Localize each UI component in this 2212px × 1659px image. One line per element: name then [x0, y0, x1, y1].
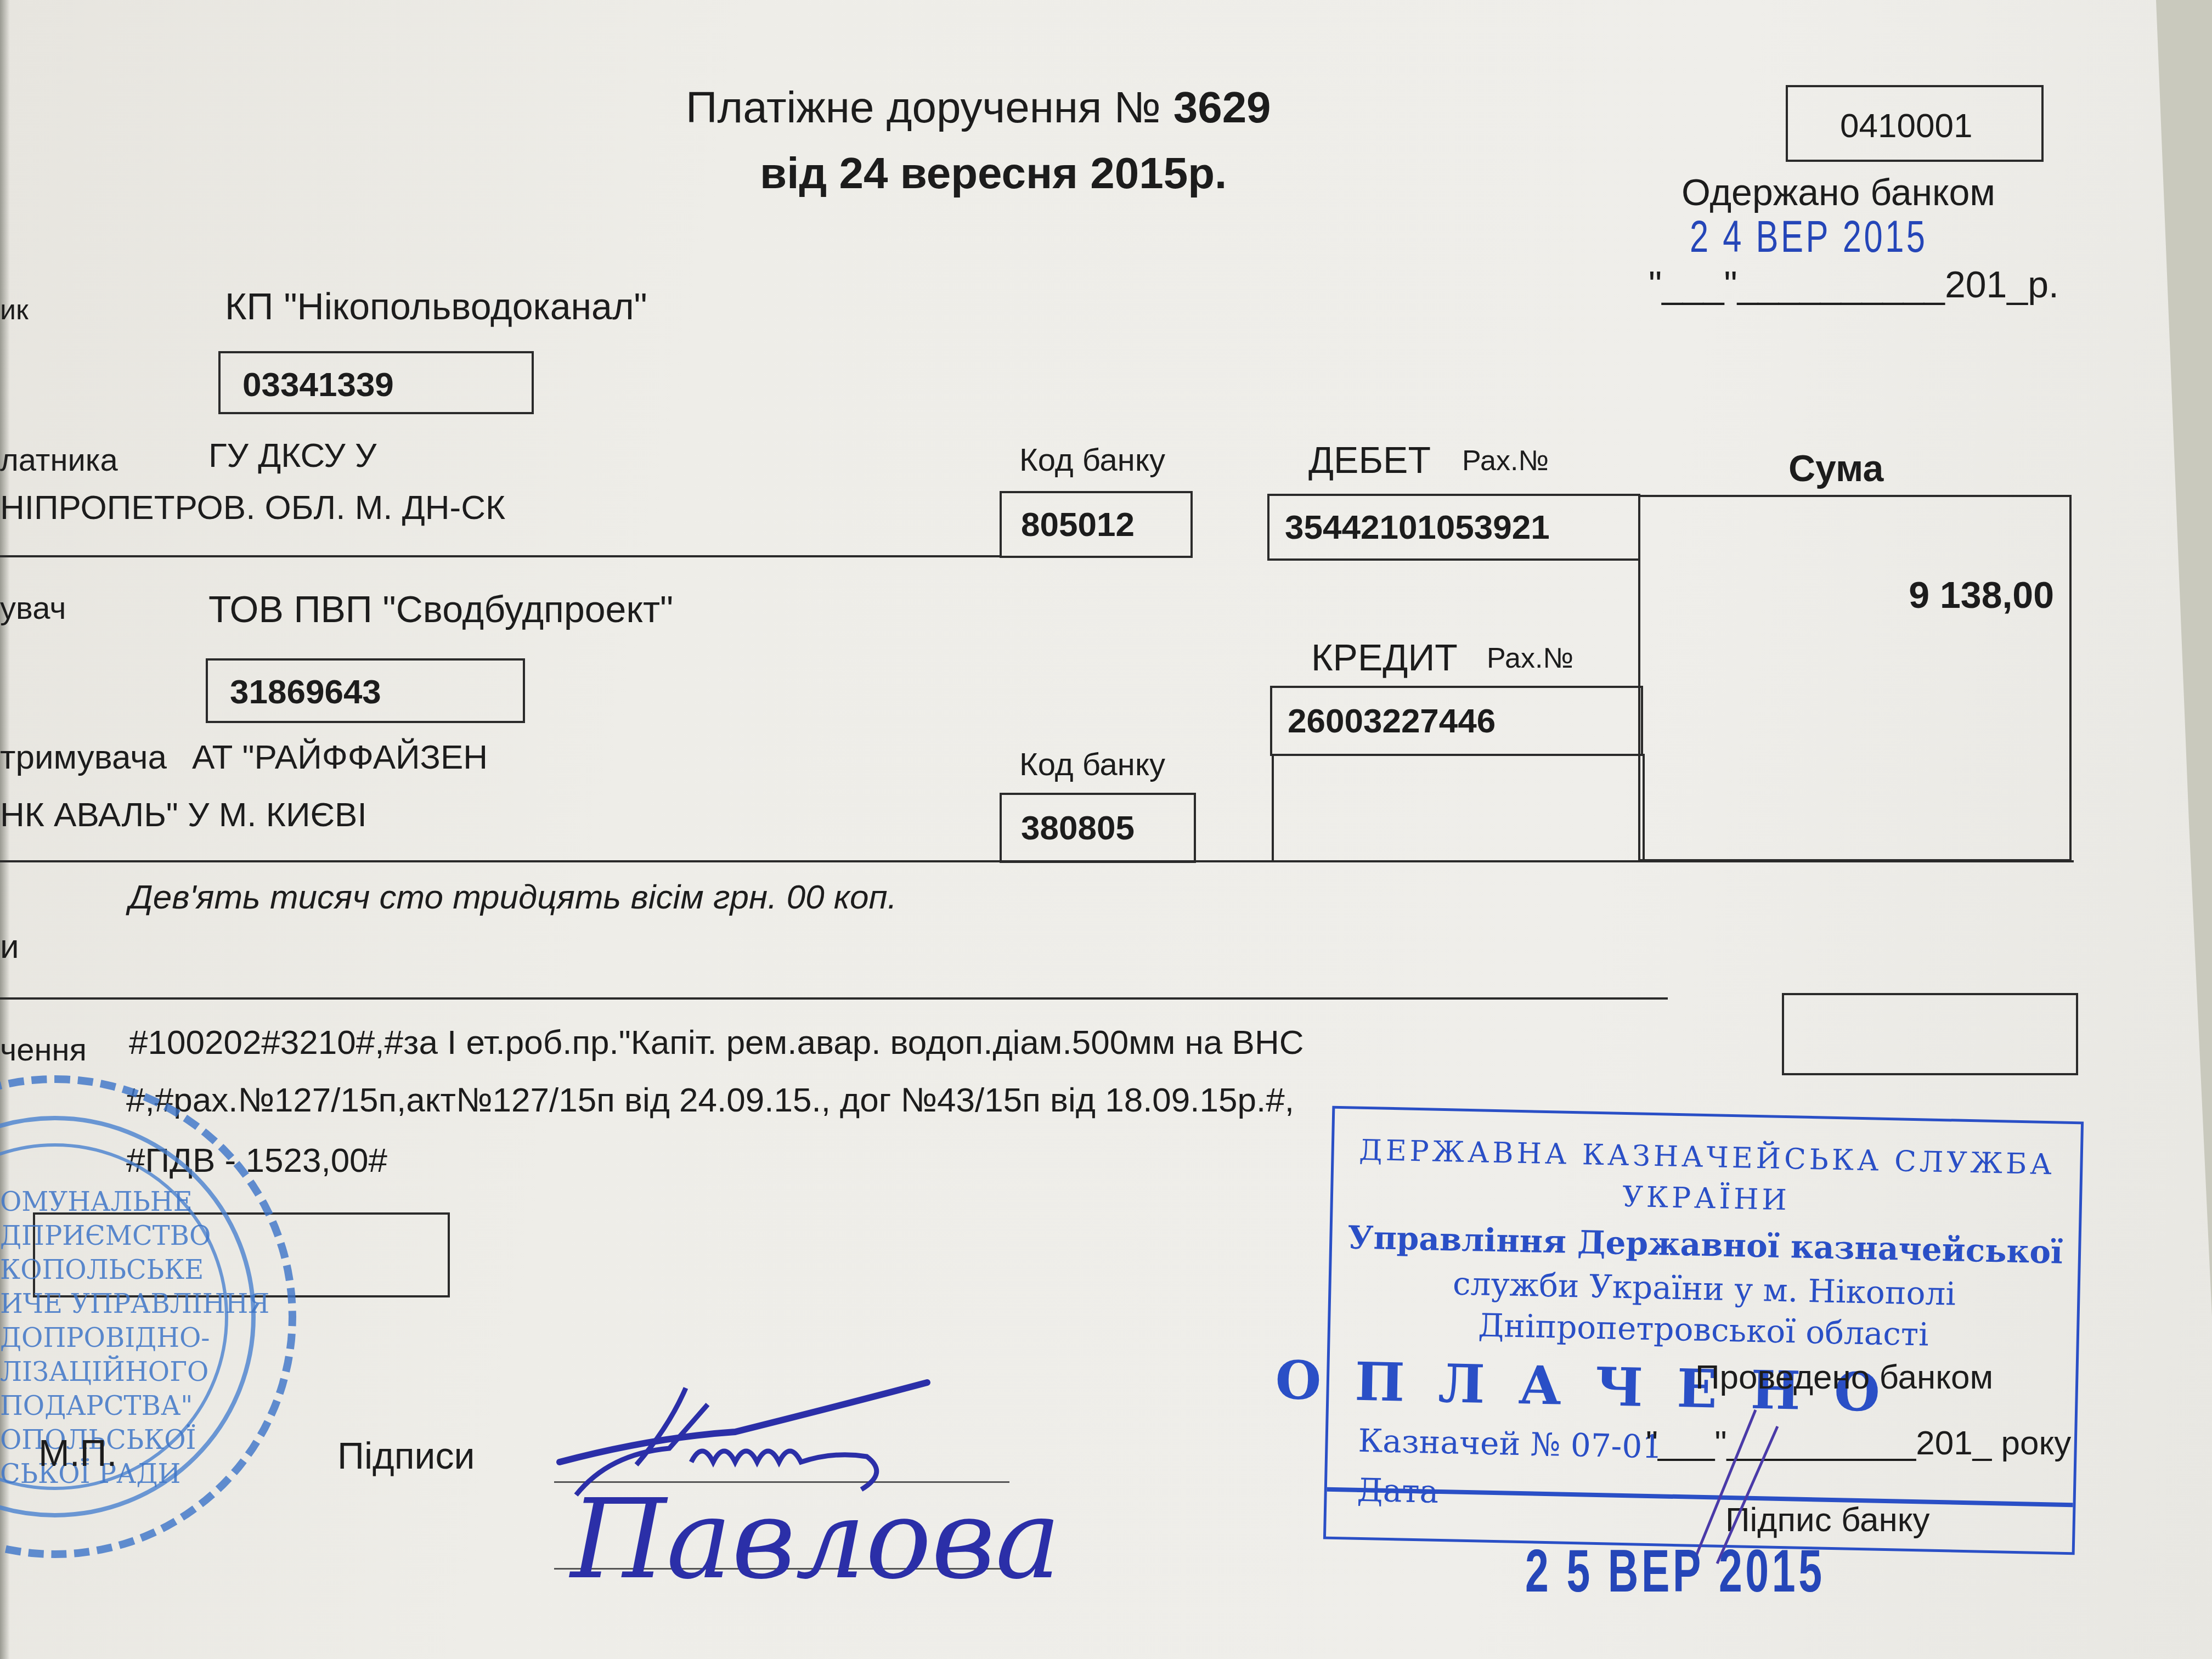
treasury-line-2: УКРАЇНИ	[1333, 1175, 2080, 1223]
payer-code-box: 03341339	[218, 351, 534, 414]
credit-account-label: Рах.№	[1487, 642, 1573, 675]
recipient-bank-name-1: АТ "РАЙФФАЙЗЕН	[192, 738, 488, 777]
signatures-label: Підписи	[337, 1435, 475, 1477]
payer-label: ик	[0, 294, 29, 326]
seal-place-label: М.П.	[38, 1432, 117, 1475]
recipient-bank-code: 380805	[1021, 809, 1135, 848]
payer-bank-name-2: НІПРОПЕТРОВ. ОБЛ. М. ДН-СК	[0, 488, 505, 527]
seal-line: ПОДАРСТВА"	[0, 1389, 269, 1423]
treasury-line-1: ДЕРЖАВНА КАЗНАЧЕЙСЬКА СЛУЖБА	[1334, 1133, 2080, 1182]
received-date-stamp: 2 4 ВЕР 2015	[1690, 211, 1928, 263]
amount-in-words-label: и	[0, 927, 19, 966]
purpose-line-2: #,#рах.№127/15п,акт№127/15п від 24.09.15…	[126, 1081, 1294, 1120]
received-date-blank: "___"__________201_р.	[1649, 263, 2059, 306]
document-title: Платіжне доручення № 3629	[686, 82, 1271, 133]
payer-separator	[0, 555, 1001, 557]
recipient-label: увач	[0, 590, 66, 627]
seal-line: КОПОЛЬСЬКЕ	[0, 1253, 269, 1287]
document-number: 3629	[1173, 83, 1271, 132]
form-code-box: 0410001	[1786, 85, 2044, 162]
credit-account-box: 26003227446	[1270, 686, 1643, 756]
purpose-label: чення	[0, 1031, 87, 1068]
recipient-bank-name-2: НК АВАЛЬ" У М. КИЄВІ	[0, 795, 367, 834]
credit-account: 26003227446	[1288, 702, 1496, 741]
debit-account-label: Рах.№	[1462, 444, 1549, 477]
amount-separator	[0, 860, 2074, 862]
credit-extra-box	[1272, 754, 1645, 862]
payer-code: 03341339	[242, 365, 394, 404]
recipient-code-box: 31869643	[206, 658, 525, 723]
credit-label: КРЕДИТ	[1311, 636, 1458, 679]
seal-line: ДПРИЄМСТВО	[0, 1219, 269, 1253]
recipient-bank-code-label: Код банку	[1019, 746, 1165, 783]
debit-account-box: 35442101053921	[1267, 494, 1640, 561]
signature-name: Павлова	[571, 1476, 1060, 1604]
payer-bank-name-1: ГУ ДКСУ У	[208, 436, 376, 475]
sum-value: 9 138,00	[1909, 574, 2054, 617]
recipient-bank-code-box: 380805	[1000, 793, 1196, 863]
payer-bank-label: латника	[0, 442, 118, 478]
amount-in-words: Дев'ять тисяч сто тридцять вісім грн. 00…	[129, 878, 897, 917]
recipient-bank-label: тримувача	[0, 738, 167, 777]
payment-order-paper: Платіжне доручення № 3629 від 24 вересня…	[0, 0, 2212, 1659]
payer-name: КП "Нікопольводоканал"	[225, 285, 647, 328]
received-by-bank-label: Одержано банком	[1681, 171, 1995, 214]
seal-line: ЛІЗАЦІЙНОГО	[0, 1355, 269, 1389]
bank-processed-label: Проведено банком	[1695, 1358, 1993, 1397]
seal-line: ИЧЕ УПРАВЛІННЯ	[0, 1287, 269, 1321]
payer-bank-code-box: 805012	[1000, 491, 1193, 558]
seal-line: ОМУНАЛЬНЕ	[0, 1185, 269, 1219]
document-date: від 24 вересня 2015р.	[760, 148, 1227, 199]
purpose-line-1: #100202#3210#,#за І ет.роб.пр."Капіт. ре…	[129, 1023, 1304, 1062]
recipient-code: 31869643	[230, 673, 381, 712]
payer-bank-code: 805012	[1021, 505, 1135, 544]
debit-label: ДЕБЕТ	[1308, 439, 1431, 482]
sum-box: 9 138,00	[1638, 495, 2072, 861]
debit-account: 35442101053921	[1285, 508, 1550, 547]
processed-date-stamp: 2 5 ВЕР 2015	[1525, 1536, 1825, 1606]
seal-line: ДОПРОВІДНО-	[0, 1321, 269, 1355]
sum-label: Сума	[1788, 447, 1883, 490]
form-code: 0410001	[1840, 106, 1972, 145]
empty-code-box	[1782, 993, 2078, 1075]
recipient-name: ТОВ ПВП "Сводбудпроект"	[208, 588, 673, 631]
title-text: Платіжне доручення №	[686, 83, 1161, 132]
payer-bank-code-label: Код банку	[1019, 442, 1165, 478]
treasury-line-3: Управління Державної казначейської	[1332, 1218, 2079, 1271]
words-separator	[0, 997, 1668, 1000]
